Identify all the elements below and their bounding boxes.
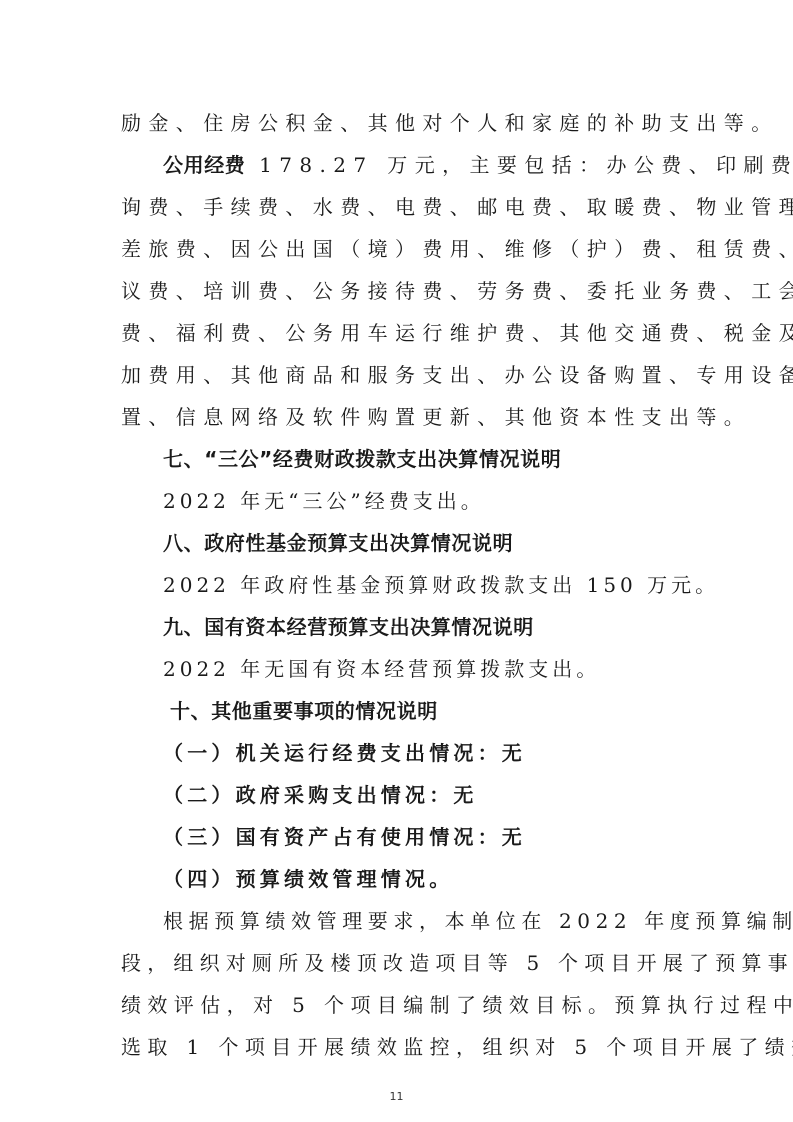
paragraph-line: 置、信息网络及软件购置更新、其他资本性支出等。 xyxy=(121,404,681,430)
bold-term-public-expenses: 公用经费 xyxy=(163,153,245,177)
subitem-3: （三）国有资产占有使用情况：无 xyxy=(163,824,723,850)
paragraph-line: 段，组织对厕所及楼顶改造项目等 5 个项目开展了预算事前 xyxy=(121,950,681,976)
subitem-4: （四）预算绩效管理情况。 xyxy=(163,866,723,892)
page-number: 11 xyxy=(0,1090,793,1103)
paragraph-line: 励金、住房公积金、其他对个人和家庭的补助支出等。 xyxy=(121,110,681,136)
subitem-1: （一）机关运行经费支出情况：无 xyxy=(163,740,723,766)
section-heading-9: 九、国有资本经营预算支出决算情况说明 xyxy=(163,614,723,640)
paragraph-line: 差旅费、因公出国（境）费用、维修（护）费、租赁费、会 xyxy=(121,236,681,262)
document-page: 励金、住房公积金、其他对个人和家庭的补助支出等。 公用经费 178.27 万元，… xyxy=(0,0,793,1122)
paragraph-line: 费、福利费、公务用车运行维护费、其他交通费、税金及附 xyxy=(121,320,681,346)
section-body-9: 2022 年无国有资本经营预算拨款支出。 xyxy=(163,656,723,682)
section-heading-7: 七、“三公”经费财政拨款支出决算情况说明 xyxy=(163,446,723,472)
section-body-8: 2022 年政府性基金预算财政拨款支出 150 万元。 xyxy=(163,572,723,598)
section-heading-8: 八、政府性基金预算支出决算情况说明 xyxy=(163,530,723,556)
paragraph-line: 绩效评估，对 5 个项目编制了绩效目标。预算执行过程中， xyxy=(121,992,681,1018)
subitem-2: （二）政府采购支出情况：无 xyxy=(163,782,723,808)
paragraph-line: 加费用、其他商品和服务支出、办公设备购置、专用设备购 xyxy=(121,362,681,388)
paragraph-line: 根据预算绩效管理要求，本单位在 2022 年度预算编制阶 xyxy=(163,908,723,934)
paragraph-text: 178.27 万元，主要包括：办公费、印刷费、咨 xyxy=(245,153,793,177)
section-heading-10: 十、其他重要事项的情况说明 xyxy=(170,698,730,724)
paragraph-line: 公用经费 178.27 万元，主要包括：办公费、印刷费、咨 xyxy=(163,152,723,178)
paragraph-line: 询费、手续费、水费、电费、邮电费、取暖费、物业管理费、 xyxy=(121,194,681,220)
paragraph-line: 选取 1 个项目开展绩效监控，组织对 5 个项目开展了绩效自 xyxy=(121,1034,681,1060)
section-body-7: 2022 年无“三公”经费支出。 xyxy=(163,488,723,514)
paragraph-line: 议费、培训费、公务接待费、劳务费、委托业务费、工会经 xyxy=(121,278,681,304)
